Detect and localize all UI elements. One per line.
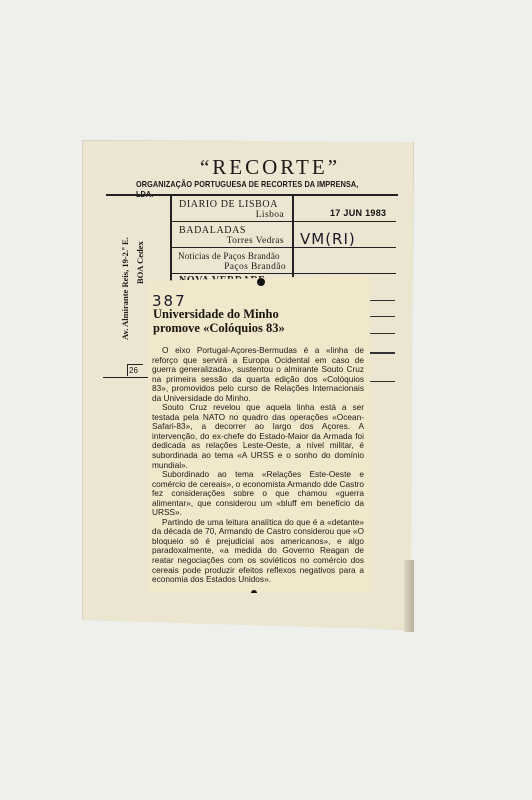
publication-place: Paços Brandão [200,262,286,272]
publication-name: BADALADAS [179,225,246,236]
row-rule-3 [171,273,396,274]
pin-mark-bottom [251,590,257,593]
publication-name: DIARIO DE LISBOA [179,199,278,210]
article-body: O eixo Portugal-Açores-Bermudas é a «lin… [152,346,364,585]
pin-hole-top [257,278,265,286]
agency-address: Av. Almirante Reis, 19-2.º E. [120,237,130,340]
row-rule-1 [171,221,396,222]
stamp-date: 17 JUN 1983 [330,208,386,218]
form-dash [370,381,395,382]
article-paragraph: O eixo Portugal-Açores-Bermudas é a «lin… [152,346,364,403]
form-dash [370,333,395,334]
article-paragraph: Partindo de uma leitura analítica do que… [152,518,364,585]
article-title-line: Universidade do Minho [153,307,363,321]
form-divider-left [170,195,172,285]
article-title-line: promove «Colóquios 83» [153,321,363,335]
publication-name: Noticias de Paços Brandão [178,251,280,261]
form-dash [370,300,395,301]
form-divider-right [292,195,294,285]
paper-edge-shadow [404,560,414,632]
form-dash [370,316,395,317]
article-title: Universidade do Minho promove «Colóquios… [153,307,363,335]
header-rule [106,194,398,196]
form-dash [370,352,395,354]
publication-place: Torres Vedras [200,236,284,246]
left-rule-bottom [103,377,148,378]
box-number: 26 [127,364,143,376]
handwritten-code: VM(RI) [300,230,356,248]
publication-place: Lisboa [220,210,284,220]
article-paragraph: Souto Cruz revelou que aquela linha está… [152,403,364,470]
article-paragraph: Subordinado ao tema «Relações Este-Oeste… [152,470,364,518]
agency-name: “RECORTE” [180,155,360,180]
row-rule-2 [171,247,396,248]
agency-city: BOA Cedex [135,241,145,284]
